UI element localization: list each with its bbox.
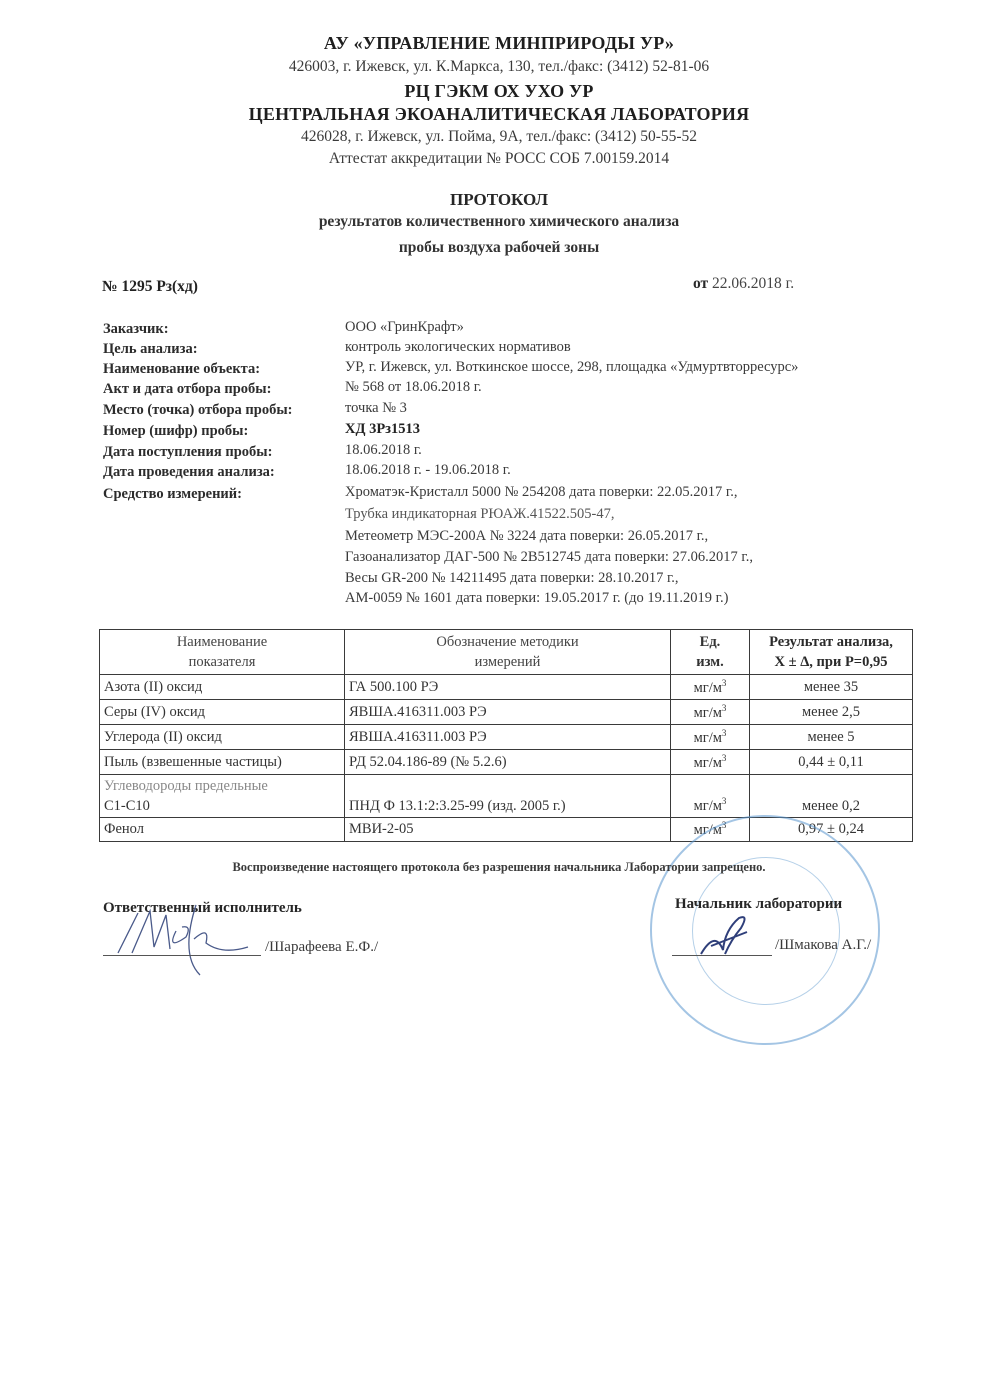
cell-method: МВИ-2-05	[345, 818, 671, 842]
info-value-instrument-2: Трубка индикаторная РЮАЖ.41522.505-47,	[345, 506, 614, 523]
unit-base: мг/м	[694, 729, 722, 745]
document-title: ПРОТОКОЛ	[0, 190, 998, 210]
info-value-sample-code: ХД 3Рз1513	[345, 421, 420, 438]
info-value-instrument-6: АМ-0059 № 1601 дата поверки: 19.05.2017 …	[345, 590, 728, 607]
info-value-object: УР, г. Ижевск, ул. Воткинское шоссе, 298…	[345, 359, 798, 376]
lab-address: 426028, г. Ижевск, ул. Пойма, 9А, тел./ф…	[0, 128, 998, 146]
cell-unit: мг/м3	[671, 725, 750, 750]
table-row: Углеводороды предельные C1-C10 ПНД Ф 13.…	[100, 775, 913, 818]
signature-line-lab-head	[672, 955, 772, 956]
date-prefix: от	[693, 275, 708, 292]
info-value-instrument-5: Весы GR-200 № 14211495 дата поверки: 28.…	[345, 570, 679, 587]
unit-base: мг/м	[694, 679, 722, 695]
cell-result: менее 0,2	[750, 775, 913, 818]
info-value-location: точка № 3	[345, 400, 407, 417]
cell-method: РД 52.04.186-89 (№ 5.2.6)	[345, 750, 671, 775]
accreditation: Аттестат аккредитации № РОСС СОБ 7.00159…	[0, 150, 998, 168]
cell-indicator: Пыль (взвешенные частицы)	[100, 750, 345, 775]
table-row: Углерода (II) оксид ЯВША.416311.003 РЭ м…	[100, 725, 913, 750]
cell-method: ЯВША.416311.003 РЭ	[345, 700, 671, 725]
header-result: Результат анализа, X ± Δ, при P=0,95	[750, 630, 913, 675]
signature-line-executor	[103, 955, 261, 956]
cell-indicator: Углерода (II) оксид	[100, 725, 345, 750]
table-header-row: Наименование показателя Обозначение мето…	[100, 630, 913, 675]
info-label-act: Акт и дата отбора пробы:	[103, 381, 271, 398]
info-label-location: Место (точка) отбора пробы:	[103, 402, 293, 419]
cell-method: ЯВША.416311.003 РЭ	[345, 725, 671, 750]
header-unit-line1: Ед.	[675, 632, 745, 652]
unit-sup: 3	[722, 753, 727, 763]
unit-base: мг/м	[694, 704, 722, 720]
info-value-purpose: контроль экологических нормативов	[345, 339, 571, 356]
info-value-instrument-3: Метеометр МЭС-200А № 3224 дата поверки: …	[345, 528, 708, 545]
info-value-analysis-date: 18.06.2018 г. - 19.06.2018 г.	[345, 462, 511, 479]
header-method-line1: Обозначение методики	[349, 632, 666, 652]
lab-head-name: /Шмакова А.Г./	[775, 937, 871, 954]
header-result-line2: X ± Δ, при P=0,95	[754, 652, 908, 672]
header-unit: Ед. изм.	[671, 630, 750, 675]
cell-method: ГА 500.100 РЭ	[345, 675, 671, 700]
cell-indicator: Серы (IV) оксид	[100, 700, 345, 725]
info-label-analysis-date: Дата проведения анализа:	[103, 464, 275, 481]
cell-indicator-line1: Углеводороды предельные	[104, 776, 340, 796]
cell-indicator: Фенол	[100, 818, 345, 842]
header-unit-line2: изм.	[675, 652, 745, 672]
document-subtitle-1: результатов количественного химического …	[0, 213, 998, 231]
info-label-customer: Заказчик:	[103, 321, 169, 338]
cell-result: менее 5	[750, 725, 913, 750]
signature-lab-head-icon	[695, 910, 765, 960]
executor-name: /Шарафеева Е.Ф./	[265, 939, 378, 956]
cell-unit: мг/м3	[671, 675, 750, 700]
unit-base: мг/м	[694, 754, 722, 770]
cell-indicator: Углеводороды предельные C1-C10	[100, 775, 345, 818]
org-name-1: АУ «УПРАВЛЕНИЕ МИНПРИРОДЫ УР»	[0, 33, 998, 54]
header-result-line1: Результат анализа,	[754, 632, 908, 652]
table-row: Пыль (взвешенные частицы) РД 52.04.186-8…	[100, 750, 913, 775]
cell-indicator-line2: C1-C10	[104, 796, 340, 816]
info-label-sample-code: Номер (шифр) пробы:	[103, 423, 248, 440]
signature-executor-icon	[110, 895, 260, 985]
header-method: Обозначение методики измерений	[345, 630, 671, 675]
cell-unit: мг/м3	[671, 700, 750, 725]
info-value-received: 18.06.2018 г.	[345, 442, 422, 459]
cell-result: менее 2,5	[750, 700, 913, 725]
cell-indicator: Азота (II) оксид	[100, 675, 345, 700]
unit-sup: 3	[722, 728, 727, 738]
cell-result: 0,44 ± 0,11	[750, 750, 913, 775]
header-method-line2: измерений	[349, 652, 666, 672]
org-address-1: 426003, г. Ижевск, ул. К.Маркса, 130, те…	[0, 58, 998, 76]
cell-unit: мг/м3	[671, 750, 750, 775]
unit-sup: 3	[722, 678, 727, 688]
info-value-instrument-1: Хроматэк-Кристалл 5000 № 254208 дата пов…	[345, 484, 738, 501]
info-label-instruments: Средство измерений:	[103, 486, 242, 503]
lab-name: ЦЕНТРАЛЬНАЯ ЭКОАНАЛИТИЧЕСКАЯ ЛАБОРАТОРИЯ	[0, 104, 998, 125]
cell-result: менее 35	[750, 675, 913, 700]
document-subtitle-2: пробы воздуха рабочей зоны	[0, 239, 998, 257]
header-indicator-line2: показателя	[104, 652, 340, 672]
date-value: 22.06.2018 г.	[712, 275, 794, 292]
org-name-2: РЦ ГЭКМ ОХ УХО УР	[0, 81, 998, 102]
info-value-instrument-4: Газоанализатор ДАГ-500 № 2В512745 дата п…	[345, 549, 753, 566]
results-table: Наименование показателя Обозначение мето…	[99, 629, 913, 842]
cell-unit: мг/м3	[671, 775, 750, 818]
protocol-date: от 22.06.2018 г.	[693, 275, 794, 293]
official-stamp	[650, 815, 880, 1045]
unit-sup: 3	[722, 796, 727, 806]
unit-sup: 3	[722, 703, 727, 713]
info-value-customer: ООО «ГринКрафт»	[345, 319, 464, 336]
table-row: Серы (IV) оксид ЯВША.416311.003 РЭ мг/м3…	[100, 700, 913, 725]
info-label-object: Наименование объекта:	[103, 361, 260, 378]
header-indicator-line1: Наименование	[104, 632, 340, 652]
cell-method: ПНД Ф 13.1:2:3.25-99 (изд. 2005 г.)	[345, 775, 671, 818]
reproduction-notice: Воспроизведение настоящего протокола без…	[0, 860, 998, 875]
info-label-received: Дата поступления пробы:	[103, 444, 272, 461]
protocol-number: № 1295 Рз(хд)	[102, 278, 198, 296]
info-value-act: № 568 от 18.06.2018 г.	[345, 379, 482, 396]
unit-base: мг/м	[694, 798, 722, 814]
info-label-purpose: Цель анализа:	[103, 341, 198, 358]
header-indicator: Наименование показателя	[100, 630, 345, 675]
table-row: Азота (II) оксид ГА 500.100 РЭ мг/м3 мен…	[100, 675, 913, 700]
